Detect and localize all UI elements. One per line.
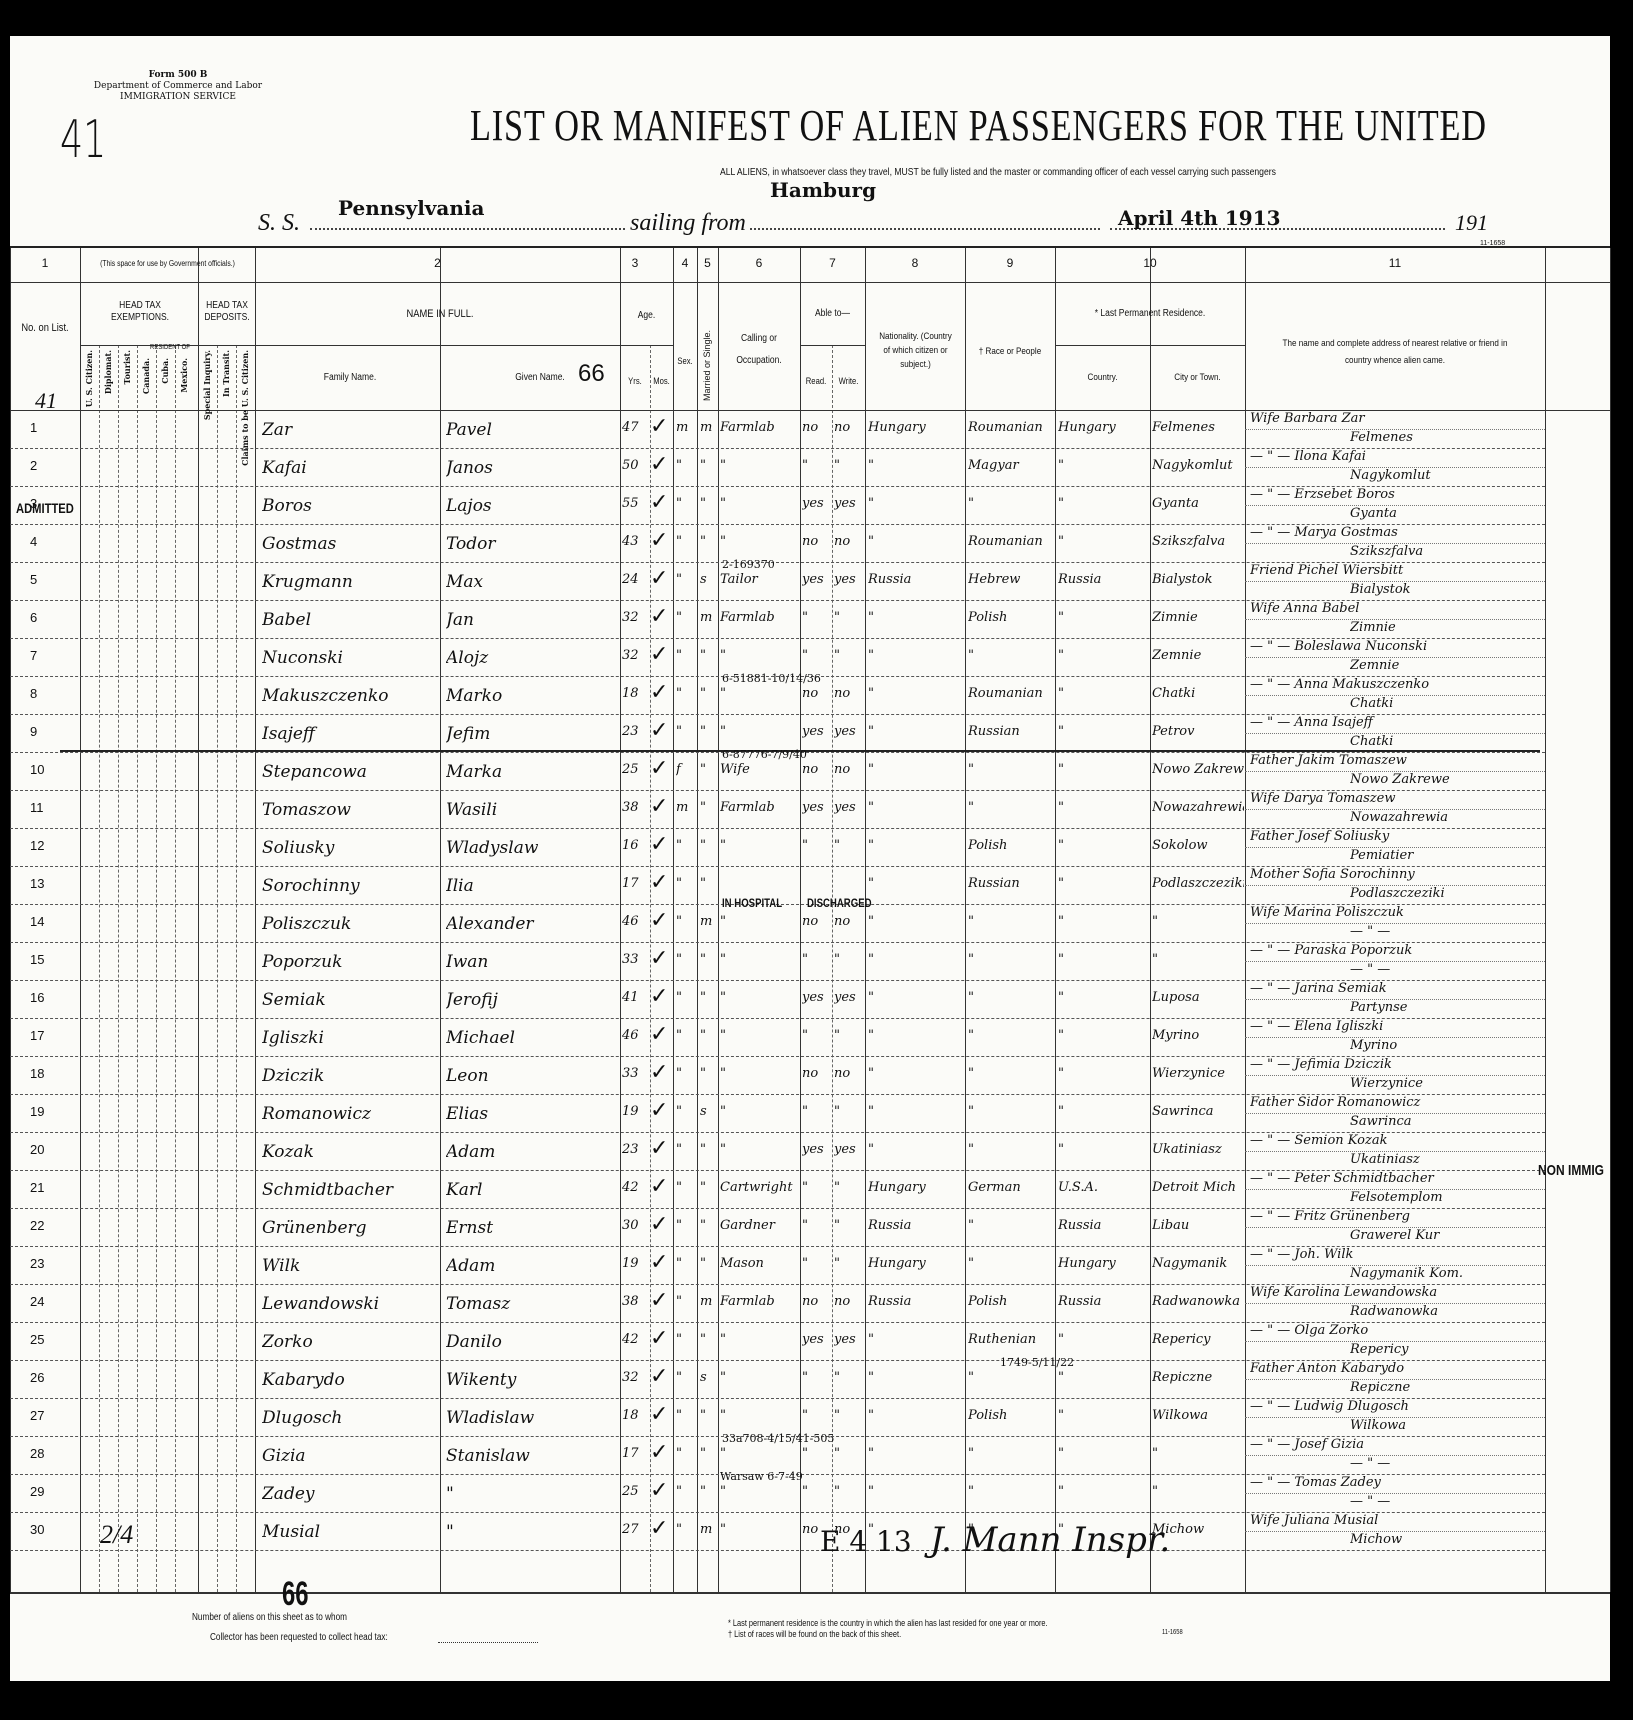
inspector-code: E 4 13	[820, 1525, 912, 1558]
marital-status: "	[700, 724, 718, 739]
can-read: yes	[802, 990, 832, 1005]
given-name: Wasili	[446, 800, 616, 820]
row-number: 22	[30, 1218, 75, 1233]
occupation: Mason	[720, 1256, 798, 1271]
marital-status: "	[700, 838, 718, 853]
race: Roumanian	[968, 534, 1053, 549]
dotted-rule	[310, 228, 625, 230]
departure-port: Hamburg	[770, 178, 876, 202]
nationality: Hungary	[868, 1256, 963, 1271]
age-years: 50	[622, 458, 650, 473]
grid-line	[800, 248, 801, 1592]
row-number: 25	[30, 1332, 75, 1347]
can-read: "	[802, 1218, 832, 1233]
residence-country: "	[1058, 1028, 1150, 1043]
nationality: "	[868, 762, 963, 777]
header-rule	[10, 246, 1610, 248]
relative-name: Wife Anna Babel	[1250, 601, 1540, 616]
residence-country: "	[1058, 1104, 1150, 1119]
can-write: yes	[834, 496, 864, 511]
marital-status: "	[700, 686, 718, 701]
form-number: Form 500 B	[88, 70, 268, 81]
marital-status: s	[700, 572, 718, 587]
relative-address: Nagymanik Kom.	[1350, 1266, 1540, 1281]
head-tax-exemptions-header: HEAD TAX EXEMPTIONS.	[89, 300, 191, 324]
given-name: Alexander	[446, 914, 616, 934]
race: Magyar	[968, 458, 1053, 473]
grid-line	[1245, 248, 1246, 1592]
occupation: Farmlab	[720, 1294, 798, 1309]
can-write: no	[834, 1294, 864, 1309]
inspector-signature: J. Mann Inspr.	[930, 1520, 1170, 1560]
residence-city: Bialystok	[1152, 572, 1244, 587]
race: "	[968, 952, 1053, 967]
gov-subcol-header: Mexico.	[179, 358, 189, 393]
given-name-header: Given Name.	[506, 372, 574, 384]
can-write: "	[834, 1256, 864, 1271]
nationality: "	[868, 534, 963, 549]
age-years: 17	[622, 1446, 650, 1461]
residence-country: "	[1058, 1484, 1150, 1499]
grid-line	[255, 248, 256, 1592]
family-name: Boros	[262, 496, 437, 516]
race: Polish	[968, 1408, 1053, 1423]
marital-status: "	[700, 800, 718, 815]
residence-city: Felmenes	[1152, 420, 1244, 435]
can-read: "	[802, 610, 832, 625]
sex: "	[676, 1256, 698, 1271]
residence-city: Wierzynice	[1152, 1066, 1244, 1081]
occupation: "	[720, 534, 798, 549]
row-number: 12	[30, 838, 75, 853]
relative-name: — " — Erzsebet Boros	[1250, 487, 1540, 502]
row-number: 15	[30, 952, 75, 967]
check-mark-icon: ✓	[650, 1212, 668, 1237]
check-mark-icon: ✓	[650, 1402, 668, 1427]
given-name: Michael	[446, 1028, 616, 1048]
grid-line	[620, 345, 673, 346]
sailing-from-label: sailing from	[630, 210, 746, 237]
age-years: 43	[622, 534, 650, 549]
family-name: Makuszczenko	[262, 686, 437, 706]
nationality: "	[868, 838, 963, 853]
age-years: 16	[622, 838, 650, 853]
race: Polish	[968, 838, 1053, 853]
gov-subcol-header: Diplomat.	[103, 350, 113, 394]
occupation: "	[720, 1522, 798, 1537]
grid-line	[156, 345, 157, 1592]
can-read: yes	[802, 800, 832, 815]
race: "	[968, 1446, 1053, 1461]
marital-status: "	[700, 1180, 718, 1195]
sex: "	[676, 838, 698, 853]
sex: "	[676, 496, 698, 511]
gov-use-note: (This space for use by Government offici…	[93, 258, 242, 270]
relative-address: Chatki	[1350, 734, 1540, 749]
relative-address: Zimnie	[1350, 620, 1540, 635]
admitted-stamp: ADMITTED	[16, 500, 74, 516]
sex: "	[676, 1408, 698, 1423]
can-read: "	[802, 1028, 832, 1043]
can-read: "	[802, 1104, 832, 1119]
column-number-3: 3	[620, 256, 650, 270]
non-immig-stamp: NON IMMIG	[1538, 1162, 1604, 1179]
race: "	[968, 914, 1053, 929]
footer-rule	[10, 1592, 1610, 1594]
family-name: Zadey	[262, 1484, 437, 1504]
age-years: 46	[622, 1028, 650, 1043]
given-name: Stanislaw	[446, 1446, 616, 1466]
gov-subcol-header: Cuba.	[160, 358, 170, 384]
occupation: Gardner	[720, 1218, 798, 1233]
sex-header: Sex.	[675, 355, 695, 367]
relative-address: Pemiatier	[1350, 848, 1540, 863]
can-write: no	[834, 914, 864, 929]
race: "	[968, 990, 1053, 1005]
sex: m	[676, 420, 698, 435]
given-name: Jan	[446, 610, 616, 630]
in-hospital-stamp: IN HOSPITAL	[722, 896, 782, 910]
sailing-date: April 4th 1913	[1118, 206, 1281, 230]
relative-name: Wife Marina Poliszczuk	[1250, 905, 1540, 920]
can-write: "	[834, 1028, 864, 1043]
residence-country: "	[1058, 800, 1150, 815]
relative-address: Wilkowa	[1350, 1418, 1540, 1433]
marital-status: m	[700, 1522, 718, 1537]
age-years: 38	[622, 800, 650, 815]
residence-city: Nagymanik	[1152, 1256, 1244, 1271]
given-name: Danilo	[446, 1332, 616, 1352]
grid-line	[80, 248, 81, 1592]
row-number: 18	[30, 1066, 75, 1081]
can-read: "	[802, 1484, 832, 1499]
given-name: Max	[446, 572, 616, 592]
family-name: Zar	[262, 420, 437, 440]
age-years: 18	[622, 686, 650, 701]
relative-address: Repiczne	[1350, 1380, 1540, 1395]
race: "	[968, 1256, 1053, 1271]
family-name: Isajeff	[262, 724, 437, 744]
no-on-list-header: No. on List.	[20, 320, 71, 336]
relative-name: — " — Elena Igliszki	[1250, 1019, 1540, 1034]
given-name: Jefim	[446, 724, 616, 744]
relative-name: — " — Boleslawa Nuconski	[1250, 639, 1540, 654]
age-years: 30	[622, 1218, 650, 1233]
check-mark-icon: ✓	[650, 1250, 668, 1275]
grid-line	[118, 345, 119, 1592]
can-write: "	[834, 1104, 864, 1119]
annotation-note: 6-87776-7/9/40	[722, 748, 1052, 761]
country-header: Country.	[1062, 372, 1143, 384]
nationality: "	[868, 1142, 963, 1157]
relative-address: Podlaszczeziki	[1350, 886, 1540, 901]
check-mark-icon: ✓	[650, 1136, 668, 1161]
relative-name: — " — Anna Makuszczenko	[1250, 677, 1540, 692]
sex: "	[676, 648, 698, 663]
age-years: 32	[622, 1370, 650, 1385]
sex: "	[676, 1104, 698, 1119]
relative-address: — " —	[1350, 1456, 1540, 1471]
sex: "	[676, 610, 698, 625]
nationality: Hungary	[868, 1180, 963, 1195]
row-number: 23	[30, 1256, 75, 1271]
last-residence-header: * Last Permanent Residence.	[1069, 308, 1231, 320]
marital-status: "	[700, 1142, 718, 1157]
can-read: yes	[802, 1332, 832, 1347]
column-number-1: 1	[10, 256, 80, 270]
occupation: Tailor	[720, 572, 798, 587]
check-mark-icon: ✓	[650, 680, 668, 705]
given-name: Adam	[446, 1142, 616, 1162]
residence-city: Radwanowka	[1152, 1294, 1244, 1309]
can-write: "	[834, 1408, 864, 1423]
marital-status: m	[700, 1294, 718, 1309]
occupation: "	[720, 838, 798, 853]
row-number: 27	[30, 1408, 75, 1423]
occupation: "	[720, 1142, 798, 1157]
family-name: Nuconski	[262, 648, 437, 668]
occupation: "	[720, 458, 798, 473]
residence-city: Myrino	[1152, 1028, 1244, 1043]
residence-country: "	[1058, 686, 1150, 701]
can-write: no	[834, 686, 864, 701]
given-name: Ernst	[446, 1218, 616, 1238]
occupation: "	[720, 1028, 798, 1043]
given-name: Lajos	[446, 496, 616, 516]
family-name: Romanowicz	[262, 1104, 437, 1124]
relative-address: — " —	[1350, 962, 1540, 977]
marital-status: "	[700, 1218, 718, 1233]
sex: "	[676, 686, 698, 701]
occupation: "	[720, 914, 798, 929]
given-name: Wikenty	[446, 1370, 616, 1390]
relative-name: — " — Tomas Zadey	[1250, 1475, 1540, 1490]
residence-country: Russia	[1058, 1218, 1150, 1233]
residence-city: "	[1152, 1484, 1244, 1499]
residence-country: "	[1058, 496, 1150, 511]
grid-line	[1055, 345, 1245, 346]
given-name-count: 66	[578, 360, 605, 388]
sex: "	[676, 1218, 698, 1233]
grid-line	[620, 248, 621, 1592]
race-footnote: † List of races will be found on the bac…	[728, 1629, 901, 1639]
occupation: "	[720, 1332, 798, 1347]
annotation-note: 33a708-4/15/41-505	[722, 1432, 1052, 1445]
occupation: "	[720, 648, 798, 663]
alien-count: 66	[282, 1575, 308, 1614]
residence-country: "	[1058, 1142, 1150, 1157]
residence-city: Petrov	[1152, 724, 1244, 739]
residence-country: "	[1058, 952, 1150, 967]
age-header: Age.	[624, 310, 669, 322]
column-number-8: 8	[865, 256, 965, 270]
can-read: yes	[802, 496, 832, 511]
nationality: Russia	[868, 572, 963, 587]
relative-address: — " —	[1350, 1494, 1540, 1509]
residence-footnote: * Last permanent residence is the countr…	[728, 1618, 1048, 1628]
row-number: 13	[30, 876, 75, 891]
relative-address: Felsotemplom	[1350, 1190, 1540, 1205]
marital-status: "	[700, 1408, 718, 1423]
nationality: "	[868, 876, 963, 891]
column-number-7: 7	[800, 256, 865, 270]
residence-country: "	[1058, 914, 1150, 929]
check-mark-icon: ✓	[650, 718, 668, 743]
relative-name: Wife Juliana Musial	[1250, 1513, 1540, 1528]
family-name: Poliszczuk	[262, 914, 437, 934]
residence-city: Repiczne	[1152, 1370, 1244, 1385]
can-read: yes	[802, 724, 832, 739]
can-write: "	[834, 1370, 864, 1385]
check-mark-icon: ✓	[650, 414, 668, 439]
marital-status: s	[700, 1370, 718, 1385]
marital-status: "	[700, 648, 718, 663]
relative-name: — " — Joh. Wilk	[1250, 1247, 1540, 1262]
age-years: 33	[622, 1066, 650, 1081]
relative-address: Zemnie	[1350, 658, 1540, 673]
family-name: Tomaszow	[262, 800, 437, 820]
resident-of-header: RESIDENT OF	[145, 342, 196, 354]
race: "	[968, 496, 1053, 511]
column-number-6: 6	[718, 256, 800, 270]
relative-address: Gyanta	[1350, 506, 1540, 521]
list-reference: 41	[35, 388, 57, 414]
grid-line	[217, 345, 218, 1592]
can-read: yes	[802, 1142, 832, 1157]
check-mark-icon: ✓	[650, 946, 668, 971]
residence-city: Podlaszczeziki	[1152, 876, 1244, 891]
age-years: 42	[622, 1180, 650, 1195]
age-years: 46	[622, 914, 650, 929]
marital-status: "	[700, 762, 718, 777]
given-name: Wladyslaw	[446, 838, 616, 858]
grid-line	[965, 248, 966, 1592]
sex: "	[676, 724, 698, 739]
check-mark-icon: ✓	[650, 870, 668, 895]
can-write: yes	[834, 724, 864, 739]
family-name: Igliszki	[262, 1028, 437, 1048]
nationality: Russia	[868, 1294, 963, 1309]
race: "	[968, 1484, 1053, 1499]
family-name: Soliusky	[262, 838, 437, 858]
marital-status: "	[700, 1484, 718, 1499]
occupation: Farmlab	[720, 800, 798, 815]
marital-status: m	[700, 420, 718, 435]
race: Ruthenian	[968, 1332, 1053, 1347]
row-number: 9	[30, 724, 75, 739]
residence-country: "	[1058, 724, 1150, 739]
age-years: 25	[622, 1484, 650, 1499]
check-mark-icon: ✓	[650, 1098, 668, 1123]
can-write: "	[834, 648, 864, 663]
write-header: Write.	[834, 375, 862, 387]
marital-status: "	[700, 1256, 718, 1271]
row-number: 10	[30, 762, 75, 777]
can-write: yes	[834, 572, 864, 587]
grid-line	[236, 345, 237, 1592]
occupation: "	[720, 1484, 798, 1499]
row-number: 6	[30, 610, 75, 625]
occupation: Farmlab	[720, 420, 798, 435]
marital-status: "	[700, 1066, 718, 1081]
sex: "	[676, 1370, 698, 1385]
family-name: Wilk	[262, 1256, 437, 1276]
relative-address: Michow	[1350, 1532, 1540, 1547]
age-years: 27	[622, 1522, 650, 1537]
sex: "	[676, 1294, 698, 1309]
race: "	[968, 1218, 1053, 1233]
relative-address: — " —	[1350, 924, 1540, 939]
race-header: † Race or People	[972, 346, 1049, 358]
given-name: Adam	[446, 1256, 616, 1276]
row-number: 7	[30, 648, 75, 663]
row-number: 30	[30, 1522, 75, 1537]
name-in-full-header: NAME IN FULL.	[287, 308, 593, 320]
voyage-line: S. S. Pennsylvania sailing from Hamburg …	[250, 200, 1500, 236]
given-name: Karl	[446, 1180, 616, 1200]
check-mark-icon: ✓	[650, 1060, 668, 1085]
given-name: "	[446, 1484, 616, 1504]
relative-address: Nowo Zakrewe	[1350, 772, 1540, 787]
sex: "	[676, 876, 698, 891]
given-name: Iwan	[446, 952, 616, 972]
residence-city: Zimnie	[1152, 610, 1244, 625]
residence-city: Szikszfalva	[1152, 534, 1244, 549]
relative-name: — " — Olga Zorko	[1250, 1323, 1540, 1338]
relative-name: Wife Darya Tomaszew	[1250, 791, 1540, 806]
relative-name: — " — Semion Kozak	[1250, 1133, 1540, 1148]
annotation-note: 6-51881-10/14/36	[722, 672, 1052, 685]
sex: m	[676, 800, 698, 815]
can-read: yes	[802, 572, 832, 587]
check-mark-icon: ✓	[650, 908, 668, 933]
grid-line	[800, 345, 865, 346]
nationality: "	[868, 1104, 963, 1119]
given-name: Pavel	[446, 420, 616, 440]
nationality: "	[868, 686, 963, 701]
nationality: "	[868, 914, 963, 929]
age-years: 55	[622, 496, 650, 511]
occupation: "	[720, 1446, 798, 1461]
row-number: 16	[30, 990, 75, 1005]
family-name: Krugmann	[262, 572, 437, 592]
age-years-header: Yrs.	[622, 375, 648, 387]
race: "	[968, 1066, 1053, 1081]
race: "	[968, 762, 1053, 777]
check-mark-icon: ✓	[650, 832, 668, 857]
can-read: "	[802, 648, 832, 663]
age-years: 25	[622, 762, 650, 777]
given-name: Janos	[446, 458, 616, 478]
given-name: Elias	[446, 1104, 616, 1124]
nationality: "	[868, 1370, 963, 1385]
sex: "	[676, 990, 698, 1005]
check-mark-icon: ✓	[650, 604, 668, 629]
relative-address: Felmenes	[1350, 430, 1540, 445]
race: Russian	[968, 724, 1053, 739]
relative-name: — " — Ludwig Dlugosch	[1250, 1399, 1540, 1414]
can-write: "	[834, 952, 864, 967]
page-title: LIST OR MANIFEST OF ALIEN PASSENGERS FOR…	[470, 100, 1487, 151]
relative-name: Mother Sofia Sorochinny	[1250, 867, 1540, 882]
occupation: "	[720, 990, 798, 1005]
family-name: Zorko	[262, 1332, 437, 1352]
residence-country: Russia	[1058, 1294, 1150, 1309]
relative-address: Myrino	[1350, 1038, 1540, 1053]
nationality: "	[868, 1028, 963, 1043]
row-number: 17	[30, 1028, 75, 1043]
row-number: 8	[30, 686, 75, 701]
